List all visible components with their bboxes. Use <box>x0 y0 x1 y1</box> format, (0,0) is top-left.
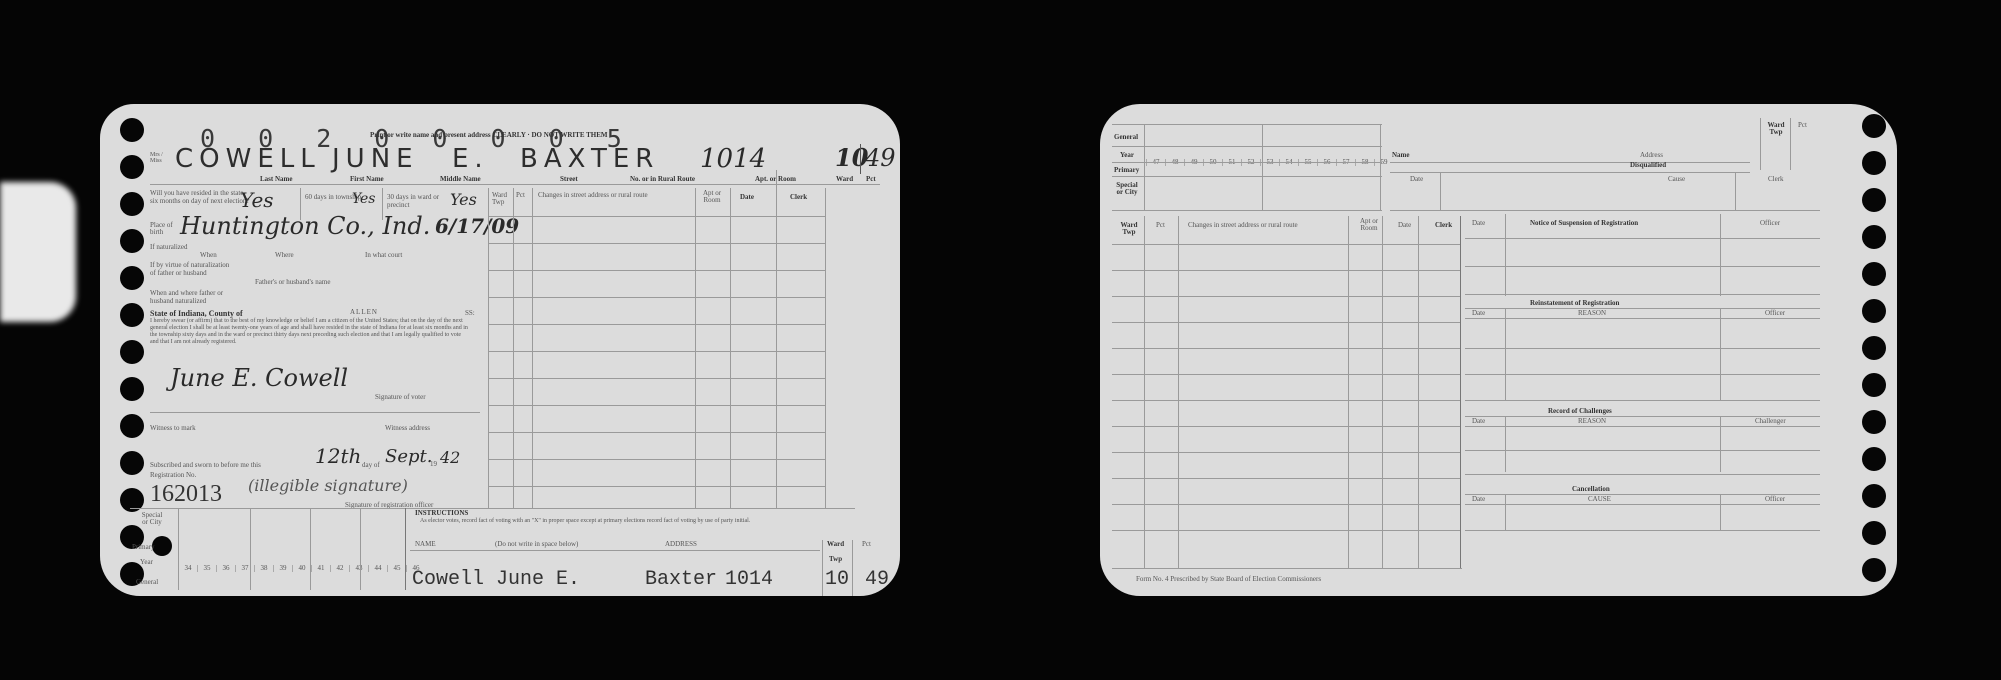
disqualified-label: Disqualified <box>1630 162 1666 169</box>
divider <box>1380 124 1381 210</box>
divider <box>1505 308 1506 400</box>
year-cell: 44 <box>368 565 387 572</box>
sworn-year: 42 <box>440 450 460 466</box>
suspension-date-label: Date <box>1472 220 1485 227</box>
year-cell: 43 <box>349 565 368 572</box>
divider <box>1418 216 1419 568</box>
ward-twp-label: Ward Twp <box>1765 122 1787 136</box>
divider <box>1465 266 1820 267</box>
instructions-address-label: ADDRESS <box>665 541 697 548</box>
sworn-day-of: day of <box>362 462 380 469</box>
punch-hole <box>1862 225 1886 249</box>
cancellation-date-label: Date <box>1472 496 1485 503</box>
middle-name-value: E. <box>452 146 489 172</box>
instructions-twp-label: Twp <box>829 556 842 563</box>
ward-divider <box>860 144 861 174</box>
col-header-pct: Pct <box>1156 222 1165 229</box>
punch-hole <box>1862 262 1886 286</box>
divider <box>1440 172 1441 210</box>
naturalized-where: Where <box>275 252 294 259</box>
divider <box>1112 504 1460 505</box>
header-instruction: Print or write name and present address … <box>370 132 608 139</box>
birth-date-value: 6/17/09 <box>435 216 519 236</box>
divider <box>1112 478 1460 479</box>
col-header-changes: Changes in street address or rural route <box>1188 222 1298 229</box>
divider <box>1465 400 1820 401</box>
number-label: No. or in Rural Route <box>630 176 695 183</box>
blurred-object <box>0 182 76 322</box>
instructions-note: (Do not write in space below) <box>495 541 578 548</box>
title-prefix: Mrs / Miss <box>150 152 172 164</box>
punch-hole <box>120 340 144 364</box>
a-ward: Yes <box>450 192 477 208</box>
divider <box>1760 118 1761 170</box>
punch-hole <box>1862 114 1886 138</box>
divider <box>1112 162 1382 163</box>
divider <box>1720 494 1721 530</box>
year-cells-front: 34353637383940414243444546 <box>178 558 425 574</box>
divider <box>1112 426 1460 427</box>
reinstatement-date-label: Date <box>1472 310 1485 317</box>
punch-hole <box>120 118 144 142</box>
q-ward: 30 days in ward or precinct <box>387 194 457 209</box>
divider <box>1720 308 1721 400</box>
col-header-date: Date <box>1398 222 1411 229</box>
divider <box>1465 318 1820 319</box>
address-label: Address <box>1640 152 1663 159</box>
typed-name: Cowell June E. <box>412 570 580 590</box>
divider <box>1112 210 1382 211</box>
registration-card-back: General Year 47484950515253545556575859 … <box>1100 104 1897 596</box>
col-header-clerk: Clerk <box>790 194 807 201</box>
divider <box>825 188 826 508</box>
year-cell: 45 <box>387 565 406 572</box>
divider <box>1465 348 1820 349</box>
divider <box>488 188 489 508</box>
pct-label: Pct <box>866 176 876 183</box>
instructions-text: As elector votes, record fact of voting … <box>420 518 820 525</box>
divider <box>730 188 731 508</box>
punch-hole <box>1862 447 1886 471</box>
naturalized-label: If naturalized <box>150 244 190 251</box>
divider <box>1465 374 1820 375</box>
grid-row-year: Year <box>1120 152 1134 159</box>
divider <box>1112 124 1382 125</box>
parent-when-where: When and where father or husband natural… <box>150 290 240 305</box>
grid-row-general: General <box>136 579 158 586</box>
q-state-residency: Will you have resided in the state six m… <box>150 190 250 205</box>
divider <box>1390 162 1750 163</box>
punch-hole <box>120 192 144 216</box>
divider <box>150 184 880 185</box>
divider <box>488 459 825 460</box>
punch-hole <box>1862 299 1886 323</box>
state-county-label: State of Indiana, County of <box>150 310 243 318</box>
punch-hole <box>152 536 172 556</box>
precinct-value: 49 <box>865 146 896 170</box>
divider <box>1112 270 1460 271</box>
divider <box>488 243 825 244</box>
instructions-pct-label: Pct <box>862 541 871 548</box>
reinstatement-title: Reinstatement of Registration <box>1530 300 1619 307</box>
grid-row-primary: Primary <box>132 544 155 551</box>
divider <box>1460 216 1461 568</box>
divider <box>1112 176 1382 177</box>
divider <box>1382 216 1383 568</box>
col-header-ward: Ward Twp <box>1118 222 1140 236</box>
divider <box>488 405 825 406</box>
divider <box>488 378 825 379</box>
divider <box>1465 294 1820 295</box>
typed-ward: 10 <box>825 570 849 590</box>
reinstatement-officer-label: Officer <box>1765 310 1785 317</box>
divider <box>250 508 251 590</box>
punch-hole <box>1862 484 1886 508</box>
clerk-label: Clerk <box>1768 176 1784 183</box>
punch-hole <box>120 229 144 253</box>
punch-hole <box>120 451 144 475</box>
punch-hole <box>120 377 144 401</box>
instructions-name-label: NAME <box>415 541 436 548</box>
parent-name-label: Father's or husband's name <box>255 279 330 286</box>
instructions-ward-label: Ward <box>827 541 844 548</box>
punch-hole <box>120 303 144 327</box>
divider <box>488 216 825 217</box>
divider <box>1262 124 1263 210</box>
divider <box>1112 348 1460 349</box>
divider <box>488 351 825 352</box>
divider <box>1112 568 1462 569</box>
divider <box>1790 118 1791 170</box>
last-name-label: Last Name <box>260 176 292 183</box>
disqualified-date-label: Date <box>1410 176 1423 183</box>
divider <box>488 432 825 433</box>
divider <box>1465 238 1820 239</box>
divider <box>1465 450 1820 451</box>
reinstatement-reason-label: REASON <box>1578 310 1606 317</box>
first-name-label: First Name <box>350 176 384 183</box>
cancellation-title: Cancellation <box>1572 486 1610 493</box>
punch-hole <box>120 414 144 438</box>
punch-hole <box>1862 410 1886 434</box>
divider <box>1112 374 1460 375</box>
challenges-date-label: Date <box>1472 418 1485 425</box>
witness-address-label: Witness address <box>385 425 430 432</box>
punch-hole <box>1862 336 1886 360</box>
col-header-pct: Pct <box>516 192 525 199</box>
pct-label: Pct <box>1798 122 1807 129</box>
registration-card-front: 0 0 2 0 0 0 0 5 Print or write name and … <box>100 104 900 596</box>
divider <box>1112 452 1460 453</box>
county-value: ALLEN <box>350 309 378 316</box>
divider <box>1348 216 1349 568</box>
cancellation-officer-label: Officer <box>1765 496 1785 503</box>
punch-hole <box>1862 558 1886 582</box>
divider <box>1144 124 1145 210</box>
typed-number: 1014 <box>725 570 773 590</box>
year-cell: 35 <box>197 565 216 572</box>
sworn-label: Subscribed and sworn to before me this <box>150 462 261 469</box>
year-cell: 39 <box>273 565 292 572</box>
challenges-title: Record of Challenges <box>1548 408 1612 415</box>
house-number-value: 1014 <box>700 146 766 172</box>
divider <box>1720 214 1721 296</box>
punch-hole <box>120 266 144 290</box>
col-header-ward: Ward Twp <box>492 192 512 206</box>
sworn-month: Sept. <box>385 448 432 466</box>
cancellation-cause-label: CAUSE <box>1588 496 1611 503</box>
year-cell: 34 <box>178 565 197 572</box>
divider <box>1178 216 1179 568</box>
sworn-day: 12th <box>315 446 361 466</box>
col-header-clerk: Clerk <box>1435 222 1452 229</box>
suspension-title: Notice of Suspension of Registration <box>1530 220 1638 227</box>
divider <box>776 170 777 508</box>
col-header-apt: Apt or Room <box>698 190 726 204</box>
naturalized-court: In what court <box>365 252 402 259</box>
typed-precinct: 49 <box>865 570 889 590</box>
divider <box>1112 244 1460 245</box>
divider <box>1505 214 1506 296</box>
year-cell: 40 <box>292 565 311 572</box>
divider <box>1144 216 1145 568</box>
cause-label: Cause <box>1668 176 1685 183</box>
ward-label: Ward <box>836 176 853 183</box>
divider <box>513 188 514 508</box>
year-cell: 42 <box>330 565 349 572</box>
divider <box>822 540 823 596</box>
divider <box>488 324 825 325</box>
divider <box>1465 474 1820 475</box>
divider <box>1112 146 1382 147</box>
birth-place-value: Huntington Co., Ind. <box>180 214 430 238</box>
suspension-officer-label: Officer <box>1760 220 1780 227</box>
a-township: Yes <box>352 192 376 206</box>
ss-label: SS: <box>465 310 475 317</box>
col-header-apt: Apt or Room <box>1354 218 1384 232</box>
name-label: Name <box>1392 152 1410 159</box>
divider <box>410 550 820 551</box>
divider <box>852 540 853 596</box>
divider <box>1735 172 1736 210</box>
ward-value: 10 <box>835 146 868 170</box>
typed-street: Baxter <box>645 570 717 590</box>
year-cell: 41 <box>311 565 330 572</box>
col-header-changes: Changes in street address or rural route <box>538 192 648 199</box>
form-footer: Form No. 4 Prescribed by State Board of … <box>1136 576 1321 583</box>
divider <box>532 188 533 508</box>
divider <box>1112 296 1460 297</box>
punch-hole <box>1862 373 1886 397</box>
grid-row-special: Special or City <box>1114 182 1140 196</box>
punch-hole <box>120 155 144 179</box>
year-cell: 36 <box>216 565 235 572</box>
punch-hole <box>1862 521 1886 545</box>
challenges-reason-label: REASON <box>1578 418 1606 425</box>
voter-signature-label: Signature of voter <box>375 394 426 401</box>
instructions-title: INSTRUCTIONS <box>415 510 468 517</box>
divider <box>1465 504 1820 505</box>
col-header-date: Date <box>740 194 754 201</box>
divider <box>1112 400 1460 401</box>
divider <box>1112 530 1460 531</box>
divider <box>150 412 480 413</box>
grid-row-special: Special or City <box>140 512 164 526</box>
last-name-value: COWELL <box>175 146 321 172</box>
naturalized-when: When <box>200 252 217 259</box>
year-cell: 38 <box>254 565 273 572</box>
voter-signature: June E. Cowell <box>170 366 348 390</box>
grid-row-general: General <box>1114 134 1138 141</box>
a-state-residency: Yes <box>240 190 274 210</box>
divider <box>310 508 311 590</box>
grid-row-year: Year <box>140 559 153 566</box>
grid-row-primary: Primary <box>1114 167 1139 174</box>
divider <box>488 486 825 487</box>
registration-no-label: Registration No. <box>150 472 196 479</box>
oath-text: I hereby swear (or affirm) that to the b… <box>150 318 470 346</box>
punch-hole <box>1862 151 1886 175</box>
street-value: BAXTER <box>520 146 659 172</box>
divider <box>178 508 179 590</box>
divider <box>1112 322 1460 323</box>
challenges-challenger-label: Challenger <box>1755 418 1786 425</box>
sworn-year-prefix: 19 <box>430 461 437 468</box>
parent-naturalization-label: If by virtue of naturalization of father… <box>150 262 230 277</box>
divider <box>360 508 361 590</box>
middle-name-label: Middle Name <box>440 176 481 183</box>
divider <box>130 508 855 509</box>
witness-mark-label: Witness to mark <box>150 425 196 432</box>
birth-label: Place of birth <box>150 222 180 236</box>
divider <box>405 508 406 590</box>
divider <box>1465 530 1820 531</box>
punch-hole <box>1862 188 1886 212</box>
divider <box>488 297 825 298</box>
divider <box>1505 416 1506 472</box>
divider <box>695 188 696 508</box>
year-cells-back: 47484950515253545556575859 <box>1146 152 1393 168</box>
divider <box>1390 172 1750 173</box>
divider <box>1465 426 1820 427</box>
divider <box>488 270 825 271</box>
first-name-value: JUNE <box>332 146 419 172</box>
divider <box>1390 210 1820 211</box>
street-label: Street <box>560 176 578 183</box>
year-cell: 37 <box>235 565 254 572</box>
registration-number: 162013 <box>150 482 222 506</box>
divider <box>1505 494 1506 530</box>
divider <box>1720 416 1721 472</box>
registration-officer-signature: (illegible signature) <box>248 478 408 494</box>
